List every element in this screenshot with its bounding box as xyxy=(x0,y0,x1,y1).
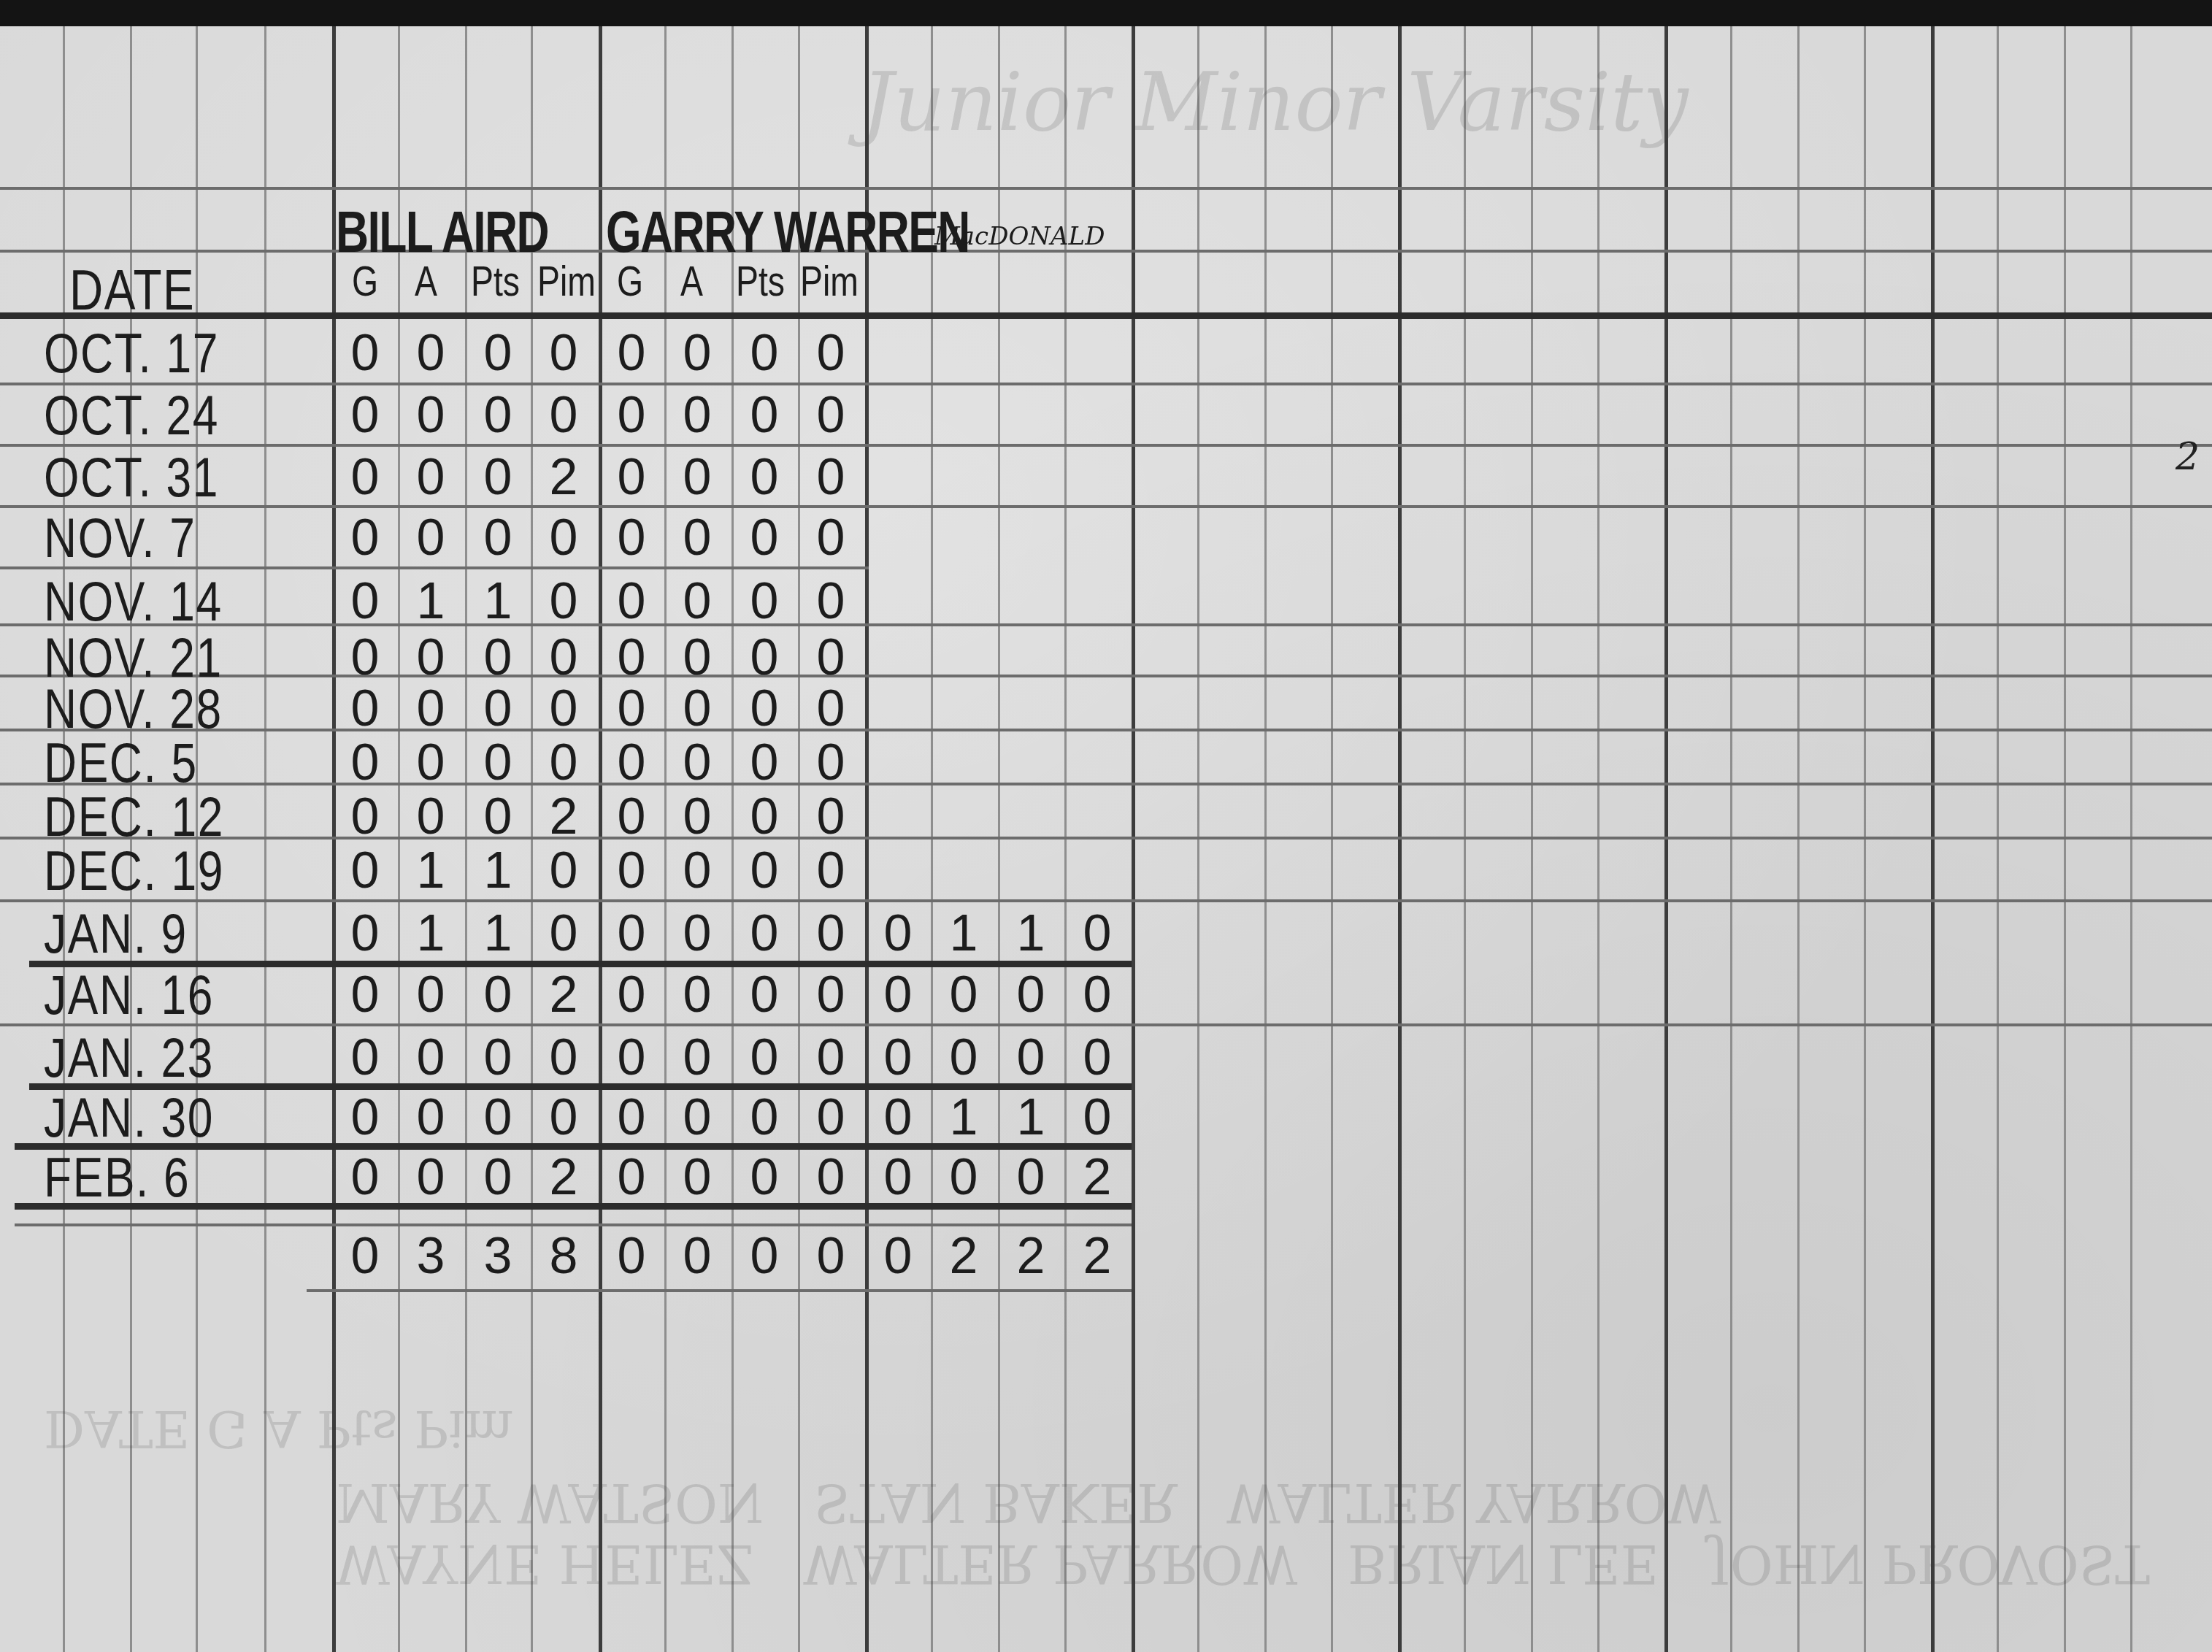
stat-cell: 0 xyxy=(798,1148,864,1206)
row-date: NOV. 7 xyxy=(44,507,196,570)
stat-cell: 0 xyxy=(998,965,1064,1023)
stat-cell: 0 xyxy=(731,733,797,791)
table-row: OCT. 3100020000 xyxy=(0,446,2212,504)
table-row: DEC. 1901100000 xyxy=(0,840,2212,898)
stat-cell: 0 xyxy=(798,841,864,899)
stat-cell: 0 xyxy=(731,965,797,1023)
stat-cell: 0 xyxy=(599,679,664,737)
stat-cell: 0 xyxy=(731,385,797,444)
stat-cell: 0 xyxy=(798,508,864,566)
stat-cell: 0 xyxy=(599,447,664,506)
stat-cell: 1 xyxy=(465,904,531,962)
stat-cell: 0 xyxy=(599,1088,664,1146)
stat-cell: 1 xyxy=(931,904,996,962)
table-row: NOV. 700000000 xyxy=(0,507,2212,565)
table-row: NOV. 2800000000 xyxy=(0,677,2212,736)
stat-cell: 1 xyxy=(398,904,464,962)
stat-cell: 0 xyxy=(465,787,531,845)
table-row: DEC. 1200020000 xyxy=(0,785,2212,844)
stat-cell: 0 xyxy=(465,1148,531,1206)
stat-cell: 0 xyxy=(731,787,797,845)
col-header-pim: Pim xyxy=(537,257,596,306)
table-row: NOV. 2100000000 xyxy=(0,626,2212,685)
stat-cell: 0 xyxy=(531,385,596,444)
stat-cell: 0 xyxy=(731,1028,797,1086)
stat-cell: 0 xyxy=(731,1148,797,1206)
ledger-page: Junior Minor Varsity WAYNE HELEZ WALTER … xyxy=(0,26,2212,1652)
stat-cell: 1 xyxy=(465,572,531,630)
total-cell: 0 xyxy=(865,1226,931,1285)
stat-cell: 0 xyxy=(998,1148,1064,1206)
ghost-name: WALTER YARROW xyxy=(1226,1472,1721,1533)
player-name-garry-warren: GARRY WARREN xyxy=(606,199,969,266)
stat-cell: 0 xyxy=(865,1088,931,1146)
row-date: JAN. 30 xyxy=(44,1086,214,1150)
player-name-bill-aird: BILL AIRD xyxy=(336,199,548,266)
stat-cell: 0 xyxy=(798,447,864,506)
ghost-name: WALTER PARROW xyxy=(803,1533,1297,1594)
stat-cell: 0 xyxy=(599,904,664,962)
ghost-name: MARY WATSON xyxy=(336,1472,764,1533)
stat-cell: 0 xyxy=(1064,1088,1130,1146)
stat-cell: 0 xyxy=(531,904,596,962)
totals-underline xyxy=(307,1289,1132,1292)
col-header-goals: G xyxy=(617,257,643,306)
stat-cell: 0 xyxy=(599,323,664,382)
stat-cell: 0 xyxy=(731,447,797,506)
stat-cell: 0 xyxy=(599,385,664,444)
stat-cell: 0 xyxy=(398,787,464,845)
stat-cell: 0 xyxy=(731,508,797,566)
stat-cell: 0 xyxy=(332,679,398,737)
row-date: JAN. 23 xyxy=(44,1026,214,1090)
ghost-title: Junior Minor Varsity xyxy=(861,55,1689,149)
stat-cell: 0 xyxy=(731,679,797,737)
total-cell: 0 xyxy=(332,1226,398,1285)
stat-cell: 0 xyxy=(798,679,864,737)
stat-cell: 0 xyxy=(398,733,464,791)
col-header-assists: A xyxy=(415,257,437,306)
stat-cell: 0 xyxy=(465,447,531,506)
row-date: OCT. 17 xyxy=(44,322,219,385)
stat-cell: 0 xyxy=(664,447,730,506)
col-header-goals: G xyxy=(352,257,378,306)
ghost-name: BRIAN LEE xyxy=(1348,1533,1659,1594)
stat-cell: 2 xyxy=(531,965,596,1023)
stat-cell: 0 xyxy=(332,1028,398,1086)
stat-cell: 0 xyxy=(465,508,531,566)
row-date: JAN. 9 xyxy=(44,902,188,966)
stat-cell: 0 xyxy=(599,572,664,630)
row-date: NOV. 14 xyxy=(44,570,223,634)
stat-cell: 0 xyxy=(664,679,730,737)
stat-cell: 0 xyxy=(731,1088,797,1146)
player-name-macdonald: MacDONALD xyxy=(934,222,1105,251)
stat-cell: 0 xyxy=(798,1088,864,1146)
stat-cell: 0 xyxy=(865,904,931,962)
stat-cell: 0 xyxy=(531,323,596,382)
ghost-name: JOHN PROVOST xyxy=(1709,1533,2150,1594)
stat-cell: 0 xyxy=(798,572,864,630)
stat-cell: 0 xyxy=(664,508,730,566)
stat-cell: 0 xyxy=(664,1028,730,1086)
ghost-header-row: DATE G A Pts Pim xyxy=(44,1399,513,1459)
row-date: OCT. 24 xyxy=(44,384,219,447)
stat-cell: 0 xyxy=(731,841,797,899)
stat-cell: 0 xyxy=(664,787,730,845)
stat-cell: 0 xyxy=(465,1028,531,1086)
stat-cell: 0 xyxy=(1064,904,1130,962)
stat-cell: 0 xyxy=(798,385,864,444)
stat-cell: 0 xyxy=(398,385,464,444)
stat-cell: 0 xyxy=(531,572,596,630)
stat-cell: 0 xyxy=(731,572,797,630)
total-cell: 8 xyxy=(531,1226,596,1285)
table-row: JAN. 23000000000000 xyxy=(0,1026,2212,1085)
stat-cell: 0 xyxy=(664,965,730,1023)
stat-cell: 2 xyxy=(1064,1148,1130,1206)
col-header-points: Pts xyxy=(736,257,785,306)
stat-cell: 0 xyxy=(398,323,464,382)
stat-cell: 1 xyxy=(398,841,464,899)
stat-cell: 0 xyxy=(531,1028,596,1086)
table-row: OCT. 2400000000 xyxy=(0,384,2212,442)
ghost-names: WAYNE HELEZ WALTER PARROW BRIAN LEE JOHN… xyxy=(336,1472,2212,1594)
total-cell: 2 xyxy=(998,1226,1064,1285)
stat-cell: 0 xyxy=(664,904,730,962)
stat-cell: 0 xyxy=(998,1028,1064,1086)
stat-cell: 0 xyxy=(465,1088,531,1146)
stat-cell: 0 xyxy=(398,447,464,506)
stat-cell: 0 xyxy=(865,965,931,1023)
header-rule xyxy=(0,312,2212,319)
col-header-pim: Pim xyxy=(800,257,859,306)
stat-cell: 0 xyxy=(798,1028,864,1086)
date-column-header: DATE xyxy=(69,257,195,323)
total-cell: 3 xyxy=(465,1226,531,1285)
margin-note: 2 xyxy=(2175,435,2200,479)
table-row: OCT. 1700000000 xyxy=(0,322,2212,380)
stat-cell: 0 xyxy=(332,1088,398,1146)
stat-cell: 0 xyxy=(332,733,398,791)
stat-cell: 0 xyxy=(332,965,398,1023)
stat-cell: 0 xyxy=(798,904,864,962)
stat-cell: 0 xyxy=(398,965,464,1023)
stat-cell: 0 xyxy=(332,841,398,899)
stat-cell: 0 xyxy=(332,1148,398,1206)
stat-cell: 0 xyxy=(531,508,596,566)
stat-cell: 0 xyxy=(332,323,398,382)
rule-line xyxy=(0,187,2212,190)
stat-cell: 0 xyxy=(465,323,531,382)
stat-cell: 0 xyxy=(398,508,464,566)
stat-cell: 0 xyxy=(798,787,864,845)
total-cell: 2 xyxy=(931,1226,996,1285)
stat-cell: 0 xyxy=(398,1088,464,1146)
row-date: JAN. 16 xyxy=(44,964,214,1027)
stat-cell: 0 xyxy=(865,1148,931,1206)
stat-cell: 0 xyxy=(1064,1028,1130,1086)
stat-cell: 0 xyxy=(465,733,531,791)
stat-cell: 0 xyxy=(332,904,398,962)
stat-cell: 0 xyxy=(664,733,730,791)
stat-cell: 0 xyxy=(398,1028,464,1086)
stat-cell: 0 xyxy=(332,385,398,444)
stat-cell: 0 xyxy=(531,733,596,791)
table-row: JAN. 9011000000110 xyxy=(0,902,2212,961)
stat-cell: 0 xyxy=(599,965,664,1023)
stat-cell: 0 xyxy=(531,841,596,899)
stat-cell: 0 xyxy=(664,385,730,444)
stat-cell: 2 xyxy=(531,787,596,845)
stat-cell: 1 xyxy=(998,904,1064,962)
stat-cell: 2 xyxy=(531,447,596,506)
row-date: OCT. 31 xyxy=(44,446,219,510)
table-row: DEC. 500000000 xyxy=(0,731,2212,790)
stat-cell: 1 xyxy=(931,1088,996,1146)
stat-cell: 1 xyxy=(998,1088,1064,1146)
table-row: FEB. 6000200000002 xyxy=(0,1146,2212,1205)
stat-cell: 0 xyxy=(599,1148,664,1206)
stat-cell: 0 xyxy=(465,965,531,1023)
col-header-points: Pts xyxy=(471,257,520,306)
stat-cell: 0 xyxy=(531,679,596,737)
total-cell: 2 xyxy=(1064,1226,1130,1285)
total-cell: 3 xyxy=(398,1226,464,1285)
table-row: NOV. 1401100000 xyxy=(0,570,2212,629)
stat-cell: 2 xyxy=(531,1148,596,1206)
stat-cell: 0 xyxy=(798,965,864,1023)
stat-cell: 0 xyxy=(1064,965,1130,1023)
stat-cell: 0 xyxy=(731,323,797,382)
stat-cell: 0 xyxy=(931,965,996,1023)
stat-cell: 0 xyxy=(865,1028,931,1086)
stat-cell: 0 xyxy=(931,1148,996,1206)
ghost-name: WAYNE HELEZ xyxy=(336,1533,753,1594)
stat-cell: 0 xyxy=(664,841,730,899)
stat-cell: 0 xyxy=(664,572,730,630)
row-date: DEC. 19 xyxy=(44,840,224,903)
stat-cell: 0 xyxy=(599,1028,664,1086)
stat-cell: 0 xyxy=(798,323,864,382)
stat-cell: 0 xyxy=(332,508,398,566)
stat-cell: 0 xyxy=(531,1088,596,1146)
stat-cell: 1 xyxy=(465,841,531,899)
ghost-name: STAN BAKER xyxy=(814,1472,1177,1533)
stat-cell: 1 xyxy=(398,572,464,630)
total-cell: 0 xyxy=(731,1226,797,1285)
stat-cell: 0 xyxy=(664,1148,730,1206)
stat-cell: 0 xyxy=(398,679,464,737)
stat-cell: 0 xyxy=(731,904,797,962)
stat-cell: 0 xyxy=(332,572,398,630)
stat-cell: 0 xyxy=(465,679,531,737)
totals-row: 033800000222 xyxy=(0,1223,2212,1282)
stat-cell: 0 xyxy=(599,787,664,845)
stat-cell: 0 xyxy=(599,733,664,791)
stat-cell: 0 xyxy=(599,508,664,566)
stat-cell: 0 xyxy=(332,447,398,506)
total-cell: 0 xyxy=(664,1226,730,1285)
stat-cell: 0 xyxy=(465,385,531,444)
total-cell: 0 xyxy=(798,1226,864,1285)
rule-line xyxy=(0,250,2212,253)
col-header-assists: A xyxy=(680,257,703,306)
table-row: JAN. 30000000000110 xyxy=(0,1086,2212,1145)
stat-cell: 0 xyxy=(664,323,730,382)
table-row: JAN. 16000200000000 xyxy=(0,964,2212,1022)
stat-cell: 0 xyxy=(332,787,398,845)
total-cell: 0 xyxy=(599,1226,664,1285)
stat-cell: 0 xyxy=(398,1148,464,1206)
stat-cell: 0 xyxy=(599,841,664,899)
stat-cell: 0 xyxy=(664,1088,730,1146)
row-date: FEB. 6 xyxy=(44,1146,190,1210)
stat-cell: 0 xyxy=(798,733,864,791)
stat-cell: 0 xyxy=(931,1028,996,1086)
